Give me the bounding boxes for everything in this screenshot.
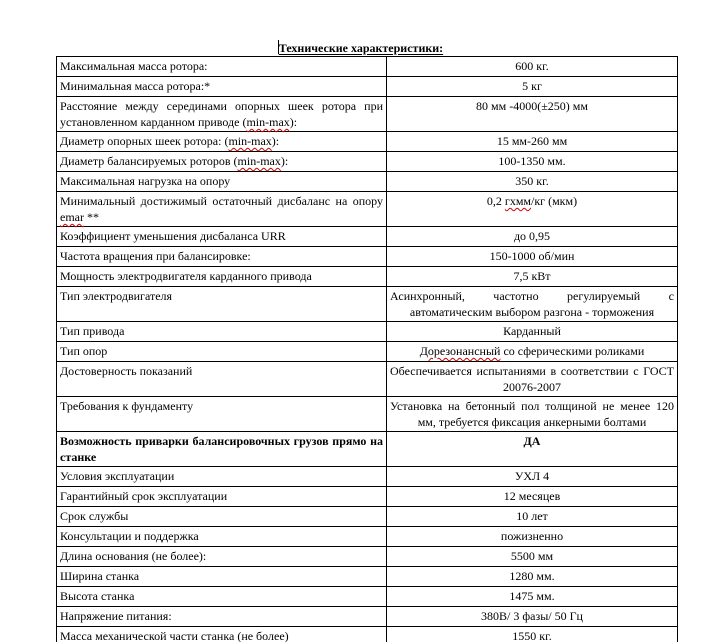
spec-value: 80 мм -4000(±250) мм	[387, 97, 678, 132]
table-row: Минимальный достижимый остаточный дисбал…	[57, 192, 678, 227]
spec-value: 12 месяцев	[387, 487, 678, 507]
table-row: Максимальная масса ротора: 600 кг.	[57, 57, 678, 77]
table-row: Высота станка 1475 мм.	[57, 587, 678, 607]
spec-key: Тип опор	[57, 342, 387, 362]
spec-key: Расстояние между серединами опорных шеек…	[57, 97, 387, 132]
spec-value: до 0,95	[387, 227, 678, 247]
spec-value: Карданный	[387, 322, 678, 342]
spellcheck-word: гхмм	[505, 194, 531, 208]
spec-key: Коэффициент уменьшения дисбаланса URR	[57, 227, 387, 247]
table-row: Консультации и поддержка пожизненно	[57, 527, 678, 547]
table-row: Срок службы 10 лет	[57, 507, 678, 527]
spec-key: Тип привода	[57, 322, 387, 342]
table-row: Диаметр опорных шеек ротора: (min-max): …	[57, 132, 678, 152]
specifications-table: Максимальная масса ротора: 600 кг. Миним…	[56, 56, 678, 642]
spec-key: Консультации и поддержка	[57, 527, 387, 547]
spellcheck-word: emar	[60, 210, 84, 224]
spec-key: Диаметр опорных шеек ротора: (min-max):	[57, 132, 387, 152]
title-text: Технические характеристики:	[279, 41, 443, 55]
spec-value: 1475 мм.	[387, 587, 678, 607]
spec-value: пожизненно	[387, 527, 678, 547]
table-row: Тип привода Карданный	[57, 322, 678, 342]
spec-key: Максимальная масса ротора:	[57, 57, 387, 77]
spec-value: 350 кг.	[387, 172, 678, 192]
table-row: Тип опор Дорезонансный со сферическими р…	[57, 342, 678, 362]
table-row: Масса механической части станка (не боле…	[57, 627, 678, 642]
spec-key: Мощность электродвигателя карданного при…	[57, 267, 387, 287]
table-row: Коэффициент уменьшения дисбаланса URR до…	[57, 227, 678, 247]
table-row: Тип электродвигателя Асинхронный, частот…	[57, 287, 678, 322]
spec-value: Дорезонансный со сферическими роликами	[387, 342, 678, 362]
table-row: Частота вращения при балансировке: 150-1…	[57, 247, 678, 267]
table-row: Диаметр балансируемых роторов (min-max):…	[57, 152, 678, 172]
spec-key: Диаметр балансируемых роторов (min-max):	[57, 152, 387, 172]
spec-key: Длина основания (не более):	[57, 547, 387, 567]
spec-key: Масса механической части станка (не боле…	[57, 627, 387, 642]
spec-key: Ширина станка	[57, 567, 387, 587]
spec-key: Минимальный достижимый остаточный дисбал…	[57, 192, 387, 227]
spec-key: Возможность приварки балансировочных гру…	[57, 432, 387, 467]
table-row: Напряжение питания: 380В/ 3 фазы/ 50 Гц	[57, 607, 678, 627]
spec-key: Тип электродвигателя	[57, 287, 387, 322]
spec-value: 150-1000 об/мин	[387, 247, 678, 267]
spellcheck-word: min-max	[246, 115, 289, 129]
spec-key: Частота вращения при балансировке:	[57, 247, 387, 267]
spec-key: Гарантийный срок эксплуатации	[57, 487, 387, 507]
table-row: Расстояние между серединами опорных шеек…	[57, 97, 678, 132]
spec-key: Максимальная нагрузка на опору	[57, 172, 387, 192]
spellcheck-word: Дорезонансный	[420, 344, 501, 358]
spec-value: Асинхронный, частотно регулируемый с авт…	[387, 287, 678, 322]
table-row: Требования к фундаменту Установка на бет…	[57, 397, 678, 432]
spellcheck-word: min-max	[228, 134, 271, 148]
table-row: Достоверность показаний Обеспечивается и…	[57, 362, 678, 397]
spec-value: Обеспечивается испытаниями в соответстви…	[387, 362, 678, 397]
spec-key: Требования к фундаменту	[57, 397, 387, 432]
spec-value: ДА	[387, 432, 678, 467]
spec-value: 600 кг.	[387, 57, 678, 77]
table-row: Минимальная масса ротора:* 5 кг	[57, 77, 678, 97]
spec-value: 5 кг	[387, 77, 678, 97]
spec-key: Условия эксплуатации	[57, 467, 387, 487]
table-row: Возможность приварки балансировочных гру…	[57, 432, 678, 467]
spec-value: 15 мм-260 мм	[387, 132, 678, 152]
spec-value: 1550 кг.	[387, 627, 678, 642]
spec-value: УХЛ 4	[387, 467, 678, 487]
spec-key: Высота станка	[57, 587, 387, 607]
spec-key: Напряжение питания:	[57, 607, 387, 627]
spec-value: Установка на бетонный пол толщиной не ме…	[387, 397, 678, 432]
spec-value: 5500 мм	[387, 547, 678, 567]
table-row: Длина основания (не более): 5500 мм	[57, 547, 678, 567]
document-title: Технические характеристики:	[0, 40, 721, 56]
table-row: Мощность электродвигателя карданного при…	[57, 267, 678, 287]
spec-key: Достоверность показаний	[57, 362, 387, 397]
table-row: Ширина станка 1280 мм.	[57, 567, 678, 587]
spec-value: 7,5 кВт	[387, 267, 678, 287]
spec-key: Срок службы	[57, 507, 387, 527]
spec-value: 10 лет	[387, 507, 678, 527]
spec-value: 100-1350 мм.	[387, 152, 678, 172]
spec-value: 0,2 гхмм/кг (мкм)	[387, 192, 678, 227]
spellcheck-word: min-max	[238, 154, 281, 168]
spec-key: Минимальная масса ротора:*	[57, 77, 387, 97]
spec-value: 380В/ 3 фазы/ 50 Гц	[387, 607, 678, 627]
table-row: Условия эксплуатации УХЛ 4	[57, 467, 678, 487]
spec-value: 1280 мм.	[387, 567, 678, 587]
table-row: Гарантийный срок эксплуатации 12 месяцев	[57, 487, 678, 507]
table-row: Максимальная нагрузка на опору 350 кг.	[57, 172, 678, 192]
